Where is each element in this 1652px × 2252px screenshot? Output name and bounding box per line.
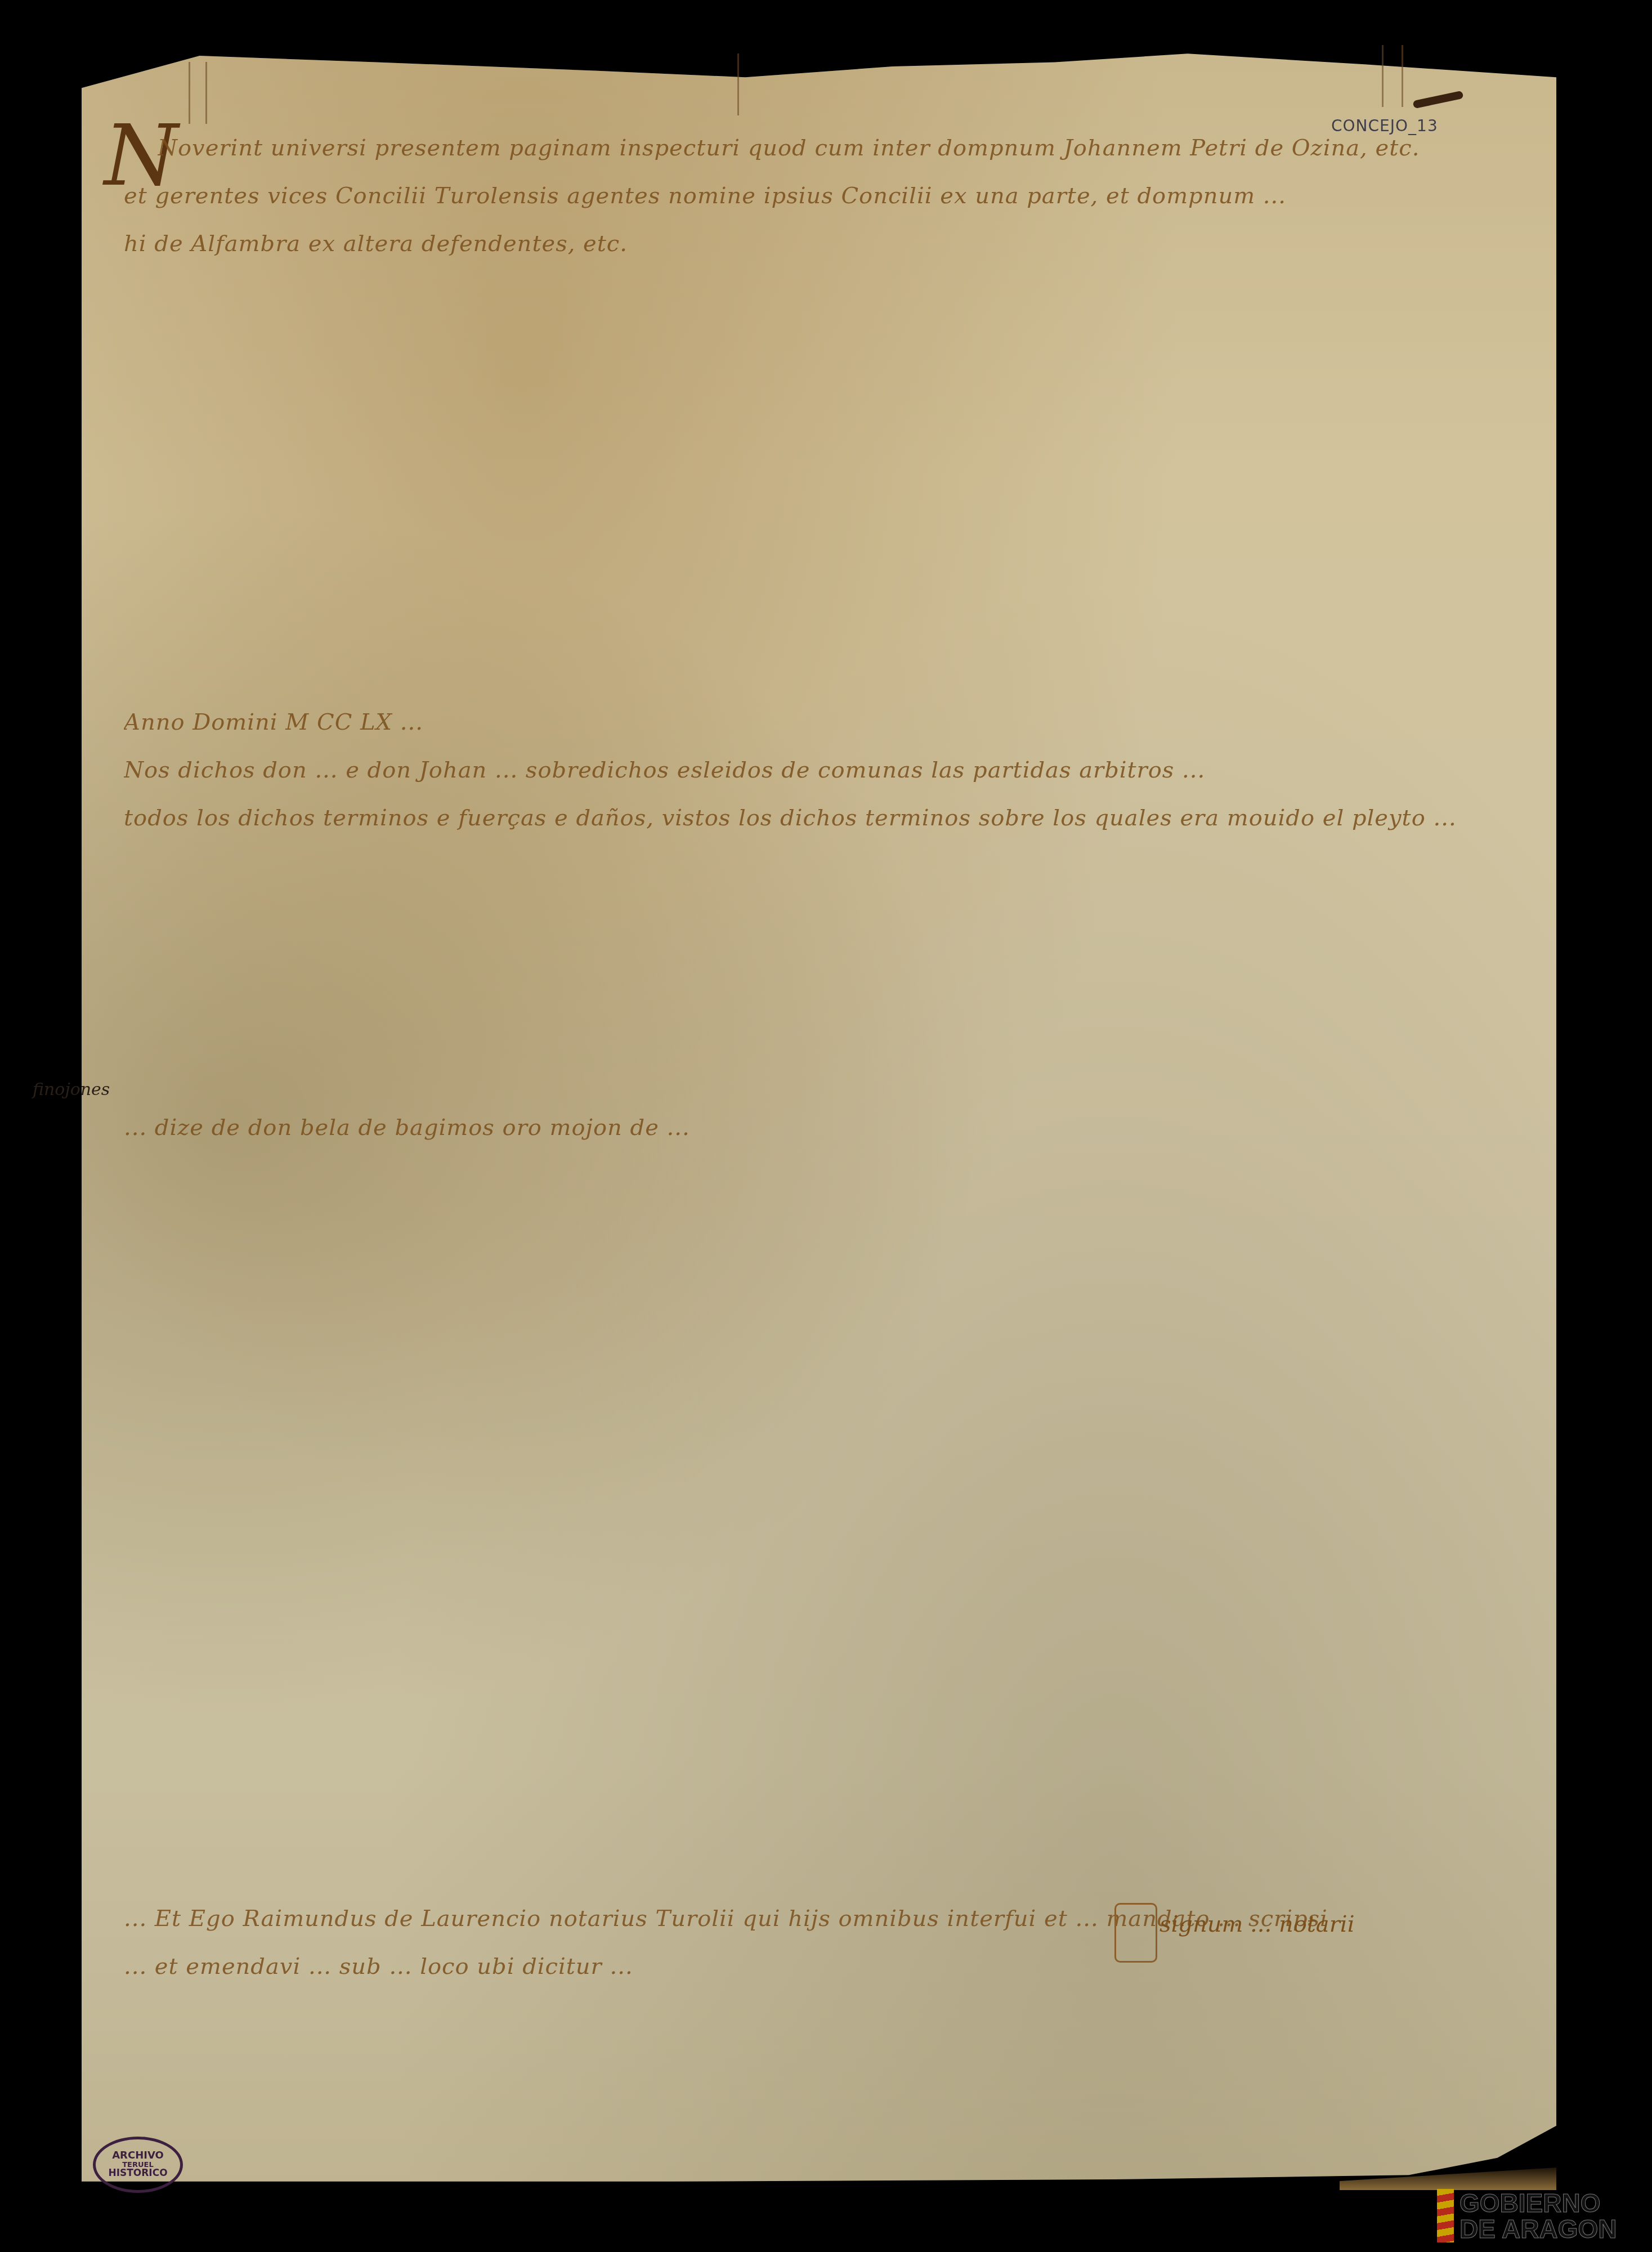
top-pen-stroke bbox=[189, 62, 190, 124]
top-pen-stroke bbox=[737, 53, 739, 115]
text-line: Anno Domini M CC LX ... bbox=[124, 709, 423, 735]
text-line: ... dize de don bela de bagimos oro mojo… bbox=[124, 1115, 690, 1141]
margin-note: finojones bbox=[33, 1080, 110, 1100]
stamp-line: HISTORICO bbox=[108, 2169, 167, 2179]
logo-line: GOBIERNO bbox=[1460, 2190, 1617, 2216]
archive-stamp: ARCHIVO TERUEL HISTORICO bbox=[93, 2137, 183, 2193]
text-line: ... et emendavi ... sub ... loco ubi dic… bbox=[124, 1954, 633, 1980]
catalog-label: CONCEJO_13 bbox=[1331, 117, 1438, 135]
top-pen-stroke bbox=[1402, 45, 1403, 107]
text-line: Noverint universi presentem paginam insp… bbox=[158, 135, 1420, 161]
text-line: et gerentes vices Concilii Turolensis ag… bbox=[124, 183, 1286, 209]
logo-line: DE ARAGON bbox=[1460, 2216, 1617, 2242]
top-pen-stroke bbox=[205, 62, 207, 124]
text-line: hi de Alfambra ex altera defendentes, et… bbox=[124, 231, 628, 257]
notary-signature: signum ... notarii bbox=[1159, 1911, 1354, 1937]
gobierno-aragon-logo: GOBIERNO DE ARAGON bbox=[1437, 2189, 1617, 2242]
notary-signum-icon bbox=[1114, 1903, 1157, 1963]
text-line: Nos dichos don ... e don Johan ... sobre… bbox=[124, 757, 1205, 783]
stamp-line: ARCHIVO bbox=[112, 2151, 164, 2161]
top-pen-stroke bbox=[1382, 45, 1384, 107]
aragon-flag-icon bbox=[1437, 2189, 1454, 2242]
text-line: todos los dichos terminos e fuerças e da… bbox=[124, 805, 1457, 831]
